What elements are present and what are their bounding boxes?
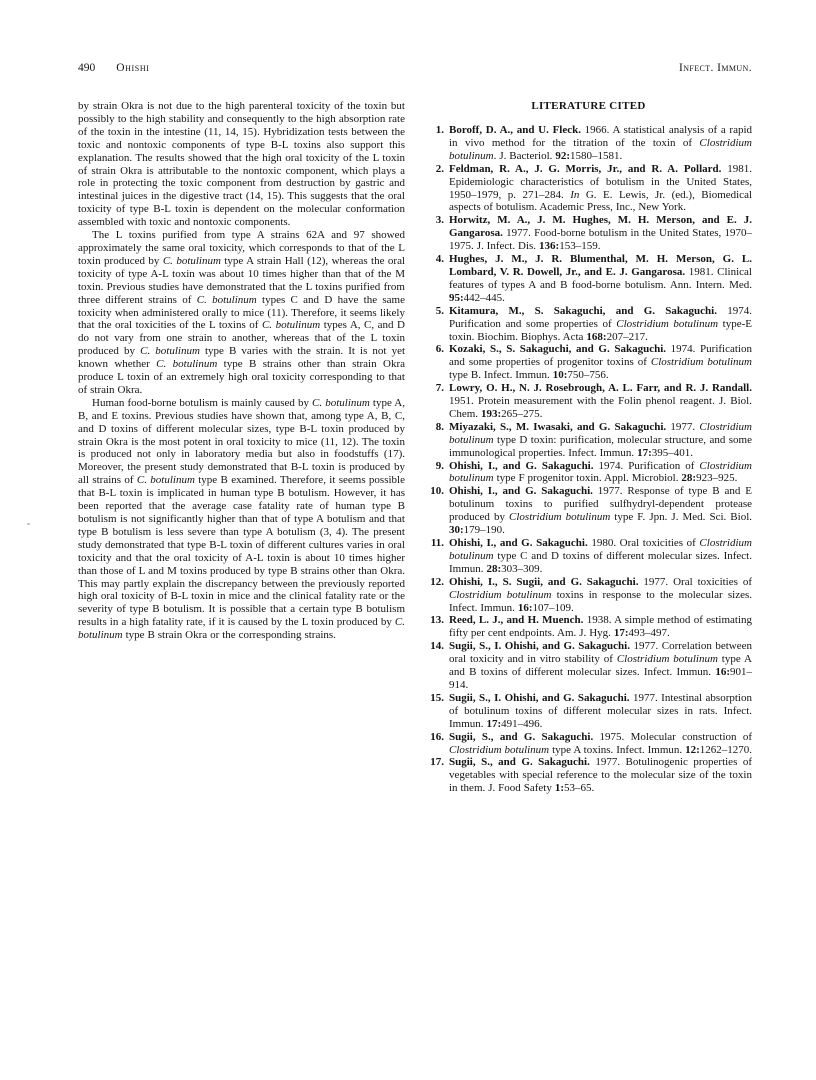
text-run: In: [570, 189, 579, 201]
text-run: Clostridium botulinum: [651, 356, 752, 368]
text-run: type B. Infect. Immun.: [449, 369, 553, 381]
text-run: Clostridium botulinum: [449, 589, 551, 601]
journal-page: 490 Ohishi Infect. Immun. by strain Okra…: [0, 0, 816, 1080]
reference-item: 16.Sugii, S., and G. Sakaguchi. 1975. Mo…: [425, 731, 752, 757]
reference-item: 15.Sugii, S., I. Ohishi, and G. Sakaguch…: [425, 692, 752, 731]
text-run: Miyazaki, S., M. Iwasaki, and G. Sakaguc…: [449, 421, 666, 433]
reference-number: 11.: [425, 537, 449, 576]
text-run: 95:: [449, 292, 464, 304]
reference-number: 3.: [425, 214, 449, 253]
text-run: . J. Bacteriol.: [494, 150, 556, 162]
text-run: type A, B, and E toxins. Previous studie…: [78, 397, 405, 486]
text-run: 193:: [481, 408, 501, 420]
body-paragraph: by strain Okra is not due to the high pa…: [78, 100, 405, 229]
reference-number: 16.: [425, 731, 449, 757]
reference-text: Ohishi, I., S. Sugii, and G. Sakaguchi. …: [449, 576, 752, 615]
reference-item: 9.Ohishi, I., and G. Sakaguchi. 1974. Pu…: [425, 460, 752, 486]
text-run: C. botulinum: [163, 255, 221, 267]
reference-number: 4.: [425, 253, 449, 305]
text-run: 12:: [685, 744, 700, 756]
text-run: by strain Okra is not due to the high pa…: [78, 100, 405, 228]
reference-number: 7.: [425, 382, 449, 421]
text-run: 10:: [553, 369, 568, 381]
reference-number: 17.: [425, 756, 449, 795]
reference-item: 3.Horwitz, M. A., J. M. Hughes, M. H. Me…: [425, 214, 752, 253]
reference-item: 2.Feldman, R. A., J. G. Morris, Jr., and…: [425, 163, 752, 215]
reference-number: 13.: [425, 614, 449, 640]
text-run: 395–401.: [652, 447, 693, 459]
text-run: C. botulinum: [197, 294, 257, 306]
text-run: Lowry, O. H., N. J. Rosebrough, A. L. Fa…: [449, 382, 752, 394]
reference-text: Feldman, R. A., J. G. Morris, Jr., and R…: [449, 163, 752, 215]
text-run: Sugii, S., and G. Sakaguchi.: [449, 756, 590, 768]
text-run: 1977.: [666, 421, 699, 433]
journal-name: Infect. Immun.: [679, 62, 752, 75]
reference-text: Sugii, S., and G. Sakaguchi. 1975. Molec…: [449, 731, 752, 757]
text-run: type B strain Okra or the corresponding …: [123, 629, 336, 641]
reference-text: Horwitz, M. A., J. M. Hughes, M. H. Mers…: [449, 214, 752, 253]
reference-text: Kozaki, S., S. Sakaguchi, and G. Sakaguc…: [449, 343, 752, 382]
text-run: C. botulinum: [156, 358, 217, 370]
text-run: Ohishi, I., S. Sugii, and G. Sakaguchi.: [449, 576, 638, 588]
text-run: 53–65.: [564, 782, 594, 794]
text-run: 1975. Molecular construction of: [593, 731, 752, 743]
text-run: 153–159.: [559, 240, 600, 252]
text-run: 1974. Purification of: [594, 460, 700, 472]
text-run: 493–497.: [629, 627, 670, 639]
text-run: type F. Jpn. J. Med. Sci. Biol.: [610, 511, 752, 523]
text-run: C. botulinum: [140, 345, 200, 357]
text-run: 17:: [486, 718, 501, 730]
text-run: Ohishi, I., and G. Sakaguchi.: [449, 485, 593, 497]
running-header-left: 490 Ohishi: [78, 62, 150, 75]
text-run: 442–445.: [464, 292, 505, 304]
text-run: 179–190.: [464, 524, 505, 536]
reference-text: Ohishi, I., and G. Sakaguchi. 1980. Oral…: [449, 537, 752, 576]
text-run: 1262–1270.: [700, 744, 752, 756]
reference-item: 6.Kozaki, S., S. Sakaguchi, and G. Sakag…: [425, 343, 752, 382]
reference-text: Ohishi, I., and G. Sakaguchi. 1977. Resp…: [449, 485, 752, 537]
reference-item: 10.Ohishi, I., and G. Sakaguchi. 1977. R…: [425, 485, 752, 537]
text-run: type A toxins. Infect. Immun.: [549, 744, 685, 756]
reference-text: Kitamura, M., S. Sakaguchi, and G. Sakag…: [449, 305, 752, 344]
text-run: Clostridium botulinum: [616, 318, 718, 330]
reference-text: Ohishi, I., and G. Sakaguchi. 1974. Puri…: [449, 460, 752, 486]
text-run: 1980. Oral toxicities of: [588, 537, 700, 549]
text-run: Kozaki, S., S. Sakaguchi, and G. Sakaguc…: [449, 343, 666, 355]
reference-number: 1.: [425, 124, 449, 163]
text-run: 30:: [449, 524, 464, 536]
text-run: C. botulinum: [262, 319, 320, 331]
reference-text: Boroff, D. A., and U. Fleck. 1966. A sta…: [449, 124, 752, 163]
reference-item: 17.Sugii, S., and G. Sakaguchi. 1977. Bo…: [425, 756, 752, 795]
text-run: 17:: [614, 627, 629, 639]
reference-list: 1.Boroff, D. A., and U. Fleck. 1966. A s…: [425, 124, 752, 795]
text-run: Ohishi, I., and G. Sakaguchi.: [449, 460, 594, 472]
reference-number: 2.: [425, 163, 449, 215]
text-run: Human food-borne botulism is mainly caus…: [92, 397, 312, 409]
text-run: Sugii, S., I. Ohishi, and G. Sakaguchi.: [449, 640, 630, 652]
reference-text: Sugii, S., I. Ohishi, and G. Sakaguchi. …: [449, 692, 752, 731]
running-author: Ohishi: [116, 62, 149, 75]
text-run: C. botulinum: [312, 397, 370, 409]
text-run: Sugii, S., I. Ohishi, and G. Sakaguchi.: [449, 692, 630, 704]
text-run: 17:: [637, 447, 652, 459]
text-run: Reed, L. J., and H. Muench.: [449, 614, 583, 626]
reference-item: 5.Kitamura, M., S. Sakaguchi, and G. Sak…: [425, 305, 752, 344]
reference-number: 9.: [425, 460, 449, 486]
text-run: 136:: [539, 240, 559, 252]
text-run: Ohishi, I., and G. Sakaguchi.: [449, 537, 588, 549]
text-run: 92:: [555, 150, 570, 162]
reference-number: 8.: [425, 421, 449, 460]
text-run: Boroff, D. A., and U. Fleck.: [449, 124, 581, 136]
reference-item: 11.Ohishi, I., and G. Sakaguchi. 1980. O…: [425, 537, 752, 576]
text-run: Sugii, S., and G. Sakaguchi.: [449, 731, 593, 743]
text-run: 923–925.: [696, 472, 737, 484]
reference-item: 7.Lowry, O. H., N. J. Rosebrough, A. L. …: [425, 382, 752, 421]
text-run: 28:: [681, 472, 696, 484]
text-run: 750–756.: [567, 369, 608, 381]
text-run: 28:: [486, 563, 501, 575]
text-run: 265–275.: [501, 408, 542, 420]
reference-item: 4.Hughes, J. M., J. R. Blumenthal, M. H.…: [425, 253, 752, 305]
reference-number: 14.: [425, 640, 449, 692]
references-column: LITERATURE CITED 1.Boroff, D. A., and U.…: [425, 100, 752, 795]
page-number: 490: [78, 62, 95, 75]
text-run: 16:: [715, 666, 730, 678]
literature-cited-heading: LITERATURE CITED: [425, 100, 752, 113]
text-run: Clostridium botulinum: [509, 511, 610, 523]
reference-item: 13.Reed, L. J., and H. Muench. 1938. A s…: [425, 614, 752, 640]
text-run: 168:: [586, 331, 606, 343]
reference-text: Miyazaki, S., M. Iwasaki, and G. Sakaguc…: [449, 421, 752, 460]
reference-number: 12.: [425, 576, 449, 615]
text-run: Clostridium botulinum: [617, 653, 718, 665]
text-run: 1977. Oral toxicities of: [638, 576, 752, 588]
text-run: 207–217.: [607, 331, 648, 343]
text-run: 1:: [555, 782, 564, 794]
text-run: type F progenitor toxin. Appl. Microbiol…: [494, 472, 682, 484]
reference-item: 1.Boroff, D. A., and U. Fleck. 1966. A s…: [425, 124, 752, 163]
reference-number: 10.: [425, 485, 449, 537]
reference-item: 8.Miyazaki, S., M. Iwasaki, and G. Sakag…: [425, 421, 752, 460]
reference-text: Hughes, J. M., J. R. Blumenthal, M. H. M…: [449, 253, 752, 305]
text-run: type B examined. Therefore, it seems pos…: [78, 474, 405, 628]
text-run: 107–109.: [533, 602, 574, 614]
body-paragraph: Human food-borne botulism is mainly caus…: [78, 397, 405, 642]
text-run: 491–496.: [501, 718, 542, 730]
text-run: 303–309.: [501, 563, 542, 575]
running-header: 490 Ohishi Infect. Immun.: [78, 62, 752, 75]
reference-number: 15.: [425, 692, 449, 731]
body-text-column: by strain Okra is not due to the high pa…: [78, 100, 405, 795]
reference-text: Sugii, S., and G. Sakaguchi. 1977. Botul…: [449, 756, 752, 795]
reference-text: Reed, L. J., and H. Muench. 1938. A simp…: [449, 614, 752, 640]
text-run: C. botulinum: [137, 474, 195, 486]
reference-item: 12.Ohishi, I., S. Sugii, and G. Sakaguch…: [425, 576, 752, 615]
reference-number: 5.: [425, 305, 449, 344]
text-run: 1580–1581.: [570, 150, 622, 162]
reference-item: 14.Sugii, S., I. Ohishi, and G. Sakaguch…: [425, 640, 752, 692]
body-paragraph: The L toxins purified from type A strain…: [78, 229, 405, 397]
reference-number: 6.: [425, 343, 449, 382]
text-run: type D toxin: purification, molecular st…: [449, 434, 752, 459]
scan-artifact: [27, 523, 30, 525]
reference-text: Sugii, S., I. Ohishi, and G. Sakaguchi. …: [449, 640, 752, 692]
text-run: Feldman, R. A., J. G. Morris, Jr., and R…: [449, 163, 721, 175]
reference-text: Lowry, O. H., N. J. Rosebrough, A. L. Fa…: [449, 382, 752, 421]
two-column-body: by strain Okra is not due to the high pa…: [78, 100, 752, 795]
text-run: Kitamura, M., S. Sakaguchi, and G. Sakag…: [449, 305, 717, 317]
text-run: Clostridium botulinum: [449, 744, 549, 756]
text-run: 16:: [518, 602, 533, 614]
